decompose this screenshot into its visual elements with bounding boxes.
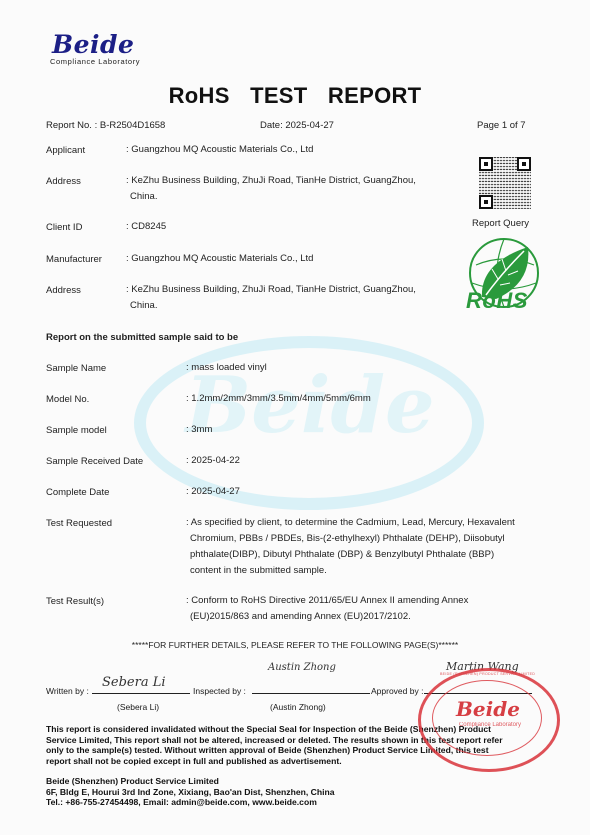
official-seal-subtitle: Compliance Laboratory — [448, 722, 532, 728]
manufacturer-address-value-line2: China. — [130, 298, 157, 314]
footer-contact[interactable]: Tel.: +86-755-27454498, Email: admin@bei… — [46, 797, 335, 808]
manufacturer-label: Manufacturer — [46, 254, 102, 265]
manufacturer-address-value: : KeZhu Business Building, ZhuJi Road, T… — [126, 282, 416, 298]
footer-company-name: Beide (Shenzhen) Product Service Limited — [46, 776, 335, 787]
sample-received-date-label: Sample Received Date — [46, 456, 143, 467]
page-indicator: Page 1 of 7 — [477, 120, 526, 131]
test-result-label: Test Result(s) — [46, 596, 104, 607]
test-requested-line-2: Chromium, PBBs / PBDEs, Bis-(2-ethylhexy… — [190, 531, 505, 547]
report-date: Date: 2025-04-27 — [260, 120, 334, 131]
qr-corner — [479, 157, 493, 171]
inspected-by-line — [252, 693, 370, 694]
report-query-label: Report Query — [472, 218, 529, 229]
official-seal-arc-text: BEIDE (SHENZHEN) PRODUCT SERVICE LIMITED — [440, 672, 539, 676]
test-requested-line-4: content in the submitted sample. — [190, 563, 327, 579]
sample-received-date-value: : 2025-04-22 — [186, 453, 240, 469]
sample-heading: Report on the submitted sample said to b… — [46, 332, 238, 343]
official-seal-logo: Beide — [440, 697, 536, 721]
manufacturer-address-label: Address — [46, 285, 81, 296]
inspected-by-label: Inspected by : — [193, 686, 246, 696]
further-details-note: *****FOR FURTHER DETAILS, PLEASE REFER T… — [0, 640, 590, 650]
rohs-logo-text: RoHS — [466, 288, 528, 314]
applicant-address-value-line2: China. — [130, 189, 157, 205]
test-requested-line-1: : As specified by client, to determine t… — [186, 515, 515, 531]
test-result-line-1: : Conform to RoHS Directive 2011/65/EU A… — [186, 593, 468, 609]
applicant-address-value: : KeZhu Business Building, ZhuJi Road, T… — [126, 173, 416, 189]
qr-code-icon[interactable] — [479, 157, 531, 209]
applicant-label: Applicant — [46, 145, 85, 156]
written-by-label: Written by : — [46, 686, 89, 696]
complete-date-label: Complete Date — [46, 487, 109, 498]
inspected-by-name: (Austin Zhong) — [270, 702, 326, 712]
client-id-value: : CD8245 — [126, 219, 166, 235]
written-by-name: (Sebera Li) — [117, 702, 159, 712]
page-title: RoHS TEST REPORT — [0, 83, 590, 109]
qr-corner — [479, 195, 493, 209]
footer-address: 6F, Bldg E, Hourui 3rd Ind Zone, Xixiang… — [46, 787, 335, 798]
applicant-value: : Guangzhou MQ Acoustic Materials Co., L… — [126, 142, 313, 158]
client-id-label: Client ID — [46, 222, 82, 233]
model-no-value: : 1.2mm/2mm/3mm/3.5mm/4mm/5mm/6mm — [186, 391, 371, 407]
logo-subtitle: Compliance Laboratory — [50, 57, 140, 66]
written-by-line — [92, 693, 190, 694]
test-requested-label: Test Requested — [46, 518, 112, 529]
qr-corner — [517, 157, 531, 171]
model-no-label: Model No. — [46, 394, 89, 405]
test-result-line-2: (EU)2015/863 and amending Annex (EU)2017… — [190, 609, 411, 625]
sample-name-value: : mass loaded vinyl — [186, 360, 267, 376]
approved-by-label: Approved by : — [371, 686, 423, 696]
applicant-address-label: Address — [46, 176, 81, 187]
sample-model-label: Sample model — [46, 425, 107, 436]
test-requested-line-3: phthalate(DIBP), Dibutyl Phthalate (DBP)… — [190, 547, 494, 563]
company-footer: Beide (Shenzhen) Product Service Limited… — [46, 776, 335, 808]
report-number: Report No. : B-R2504D1658 — [46, 120, 165, 131]
complete-date-value: : 2025-04-27 — [186, 484, 240, 500]
sample-name-label: Sample Name — [46, 363, 106, 374]
beide-logo: Beide — [52, 30, 134, 59]
sample-model-value: : 3mm — [186, 422, 212, 438]
inspected-by-signature: Austin Zhong — [268, 662, 336, 673]
manufacturer-value: : Guangzhou MQ Acoustic Materials Co., L… — [126, 251, 313, 267]
written-by-signature: Sebera Li — [102, 675, 166, 690]
